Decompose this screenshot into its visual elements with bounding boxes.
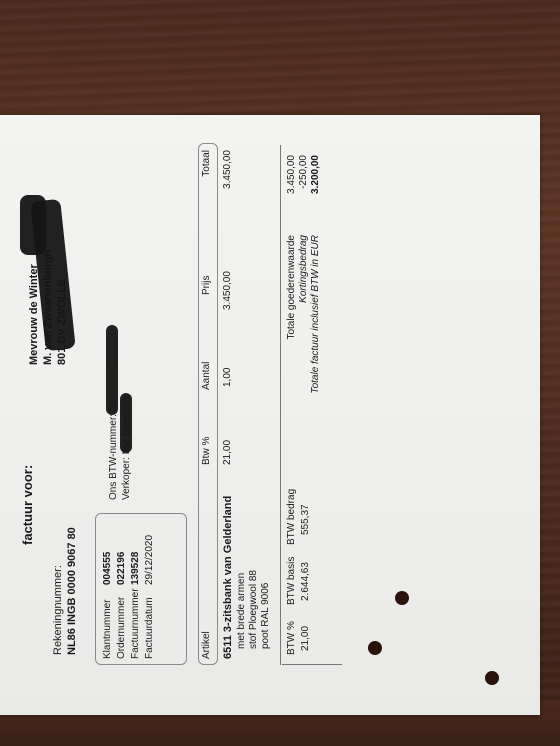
- item-detail: met brede armen: [236, 573, 247, 649]
- meta-label: Klantnummer: [102, 600, 113, 659]
- vat-header: BTW %: [286, 621, 297, 655]
- item-vat: 21,00: [222, 440, 233, 465]
- item-detail: poot RAL 9006: [260, 583, 271, 649]
- bank-account: NL86 INGB 0000 9067 80: [66, 527, 78, 655]
- item-qty: 1,00: [222, 368, 233, 387]
- column-article: Artikel: [201, 631, 212, 659]
- meta-value: 139528: [130, 552, 141, 585]
- item-detail: stof Ploegwool 88: [248, 570, 259, 649]
- vat-header: BTW basis: [286, 557, 297, 605]
- vat-amount: 555,37: [300, 504, 311, 535]
- column-qty: Aantal: [201, 362, 212, 390]
- redaction: [20, 195, 46, 255]
- meta-label: Ordernummer: [116, 597, 127, 659]
- vat-base: 2.644,63: [300, 562, 311, 601]
- table-header-box: [198, 143, 218, 665]
- redaction: [106, 325, 118, 415]
- divider: [282, 664, 342, 665]
- meta-label: Factuurdatum: [144, 597, 155, 659]
- total-value: 3.450,00: [286, 155, 297, 215]
- column-total: Totaal: [201, 150, 212, 195]
- invoice-heading: factuur voor:: [20, 465, 35, 545]
- total-label: Kortingsbedrag: [298, 235, 309, 415]
- punch-hole: [368, 641, 382, 655]
- item-title: 6511 3-zitsbank van Gelderland: [222, 496, 234, 659]
- column-vat: Btw %: [201, 437, 212, 465]
- vat-rate: 21,00: [300, 626, 311, 651]
- total-label: Totale factuur inclusief BTW in EUR: [310, 235, 321, 455]
- invoice-paper: factuur voor: Rekeningnummer: NL86 INGB …: [0, 115, 540, 715]
- total-value: -250,00: [298, 155, 309, 215]
- divider: [280, 145, 281, 665]
- item-total: 3.450,00: [222, 150, 233, 210]
- total-label: Totale goederenwaarde: [286, 235, 297, 415]
- redaction: [120, 393, 132, 453]
- item-price: 3.450,00: [222, 271, 233, 310]
- meta-value: 004555: [102, 552, 113, 585]
- bank-label: Rekeningnummer:: [52, 565, 64, 655]
- column-price: Prijs: [201, 276, 212, 295]
- punch-hole: [395, 591, 409, 605]
- vat-header: BTW bedrag: [286, 489, 297, 545]
- meta-label: Factuurnummer: [130, 588, 141, 659]
- meta-value: 29/12/2020: [144, 535, 155, 585]
- grand-total: 3.200,00: [310, 155, 321, 215]
- punch-hole: [485, 671, 499, 685]
- meta-value: 022196: [116, 552, 127, 585]
